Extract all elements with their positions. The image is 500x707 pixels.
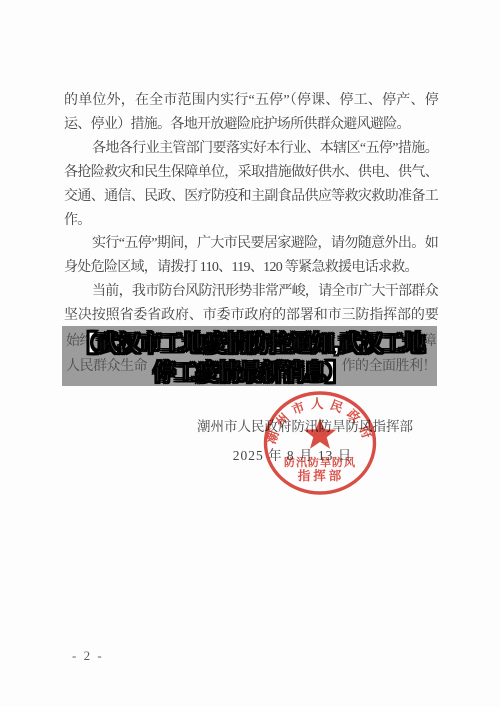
watermark-title: 【武汉市工地疫情防控通知,武汉工地 停工疫情最新消息】 [45, 329, 455, 387]
paragraph-stay-home: 实行“五停”期间，广大市民要居家避险，请勿随意外出。如身处危险区域，请拨打 11… [64, 232, 438, 280]
document-page: 的单位外，在全市范围内实行“五停”（停课、停工、停产、停运、停业）措施。各地开放… [0, 0, 500, 707]
document-body: 的单位外，在全市范围内实行“五停”（停课、停工、停产、停运、停业）措施。各地开放… [64, 89, 438, 352]
watermark-title-line1: 【武汉市工地疫情防控通知,武汉工地 [45, 329, 455, 358]
issue-date: 2025 年 8 月 13 日 [185, 444, 400, 464]
watermark-title-line2: 停工疫情最新消息】 [45, 358, 455, 387]
seal-graphic: 潮州市人民政府 防汛防旱防风 指挥部 [262, 390, 378, 496]
paragraph-industry-measures: 各地各行业主管部门要落实好本行业、本辖区“五停”措施。各抢险救灾和民生保障单位，… [64, 137, 438, 233]
official-seal: 潮州市人民政府 防汛防旱防风 指挥部 [262, 390, 378, 496]
seal-ring [266, 393, 375, 493]
seal-inner-text-line2: 指挥部 [297, 468, 345, 483]
paragraph-continuation: 的单位外，在全市范围内实行“五停”（停课、停工、停产、停运、停业）措施。各地开放… [64, 89, 438, 137]
page-number: - 2 - [72, 648, 104, 664]
issuing-authority: 潮州市人民政府防汛防旱防风指挥部 [190, 415, 420, 435]
